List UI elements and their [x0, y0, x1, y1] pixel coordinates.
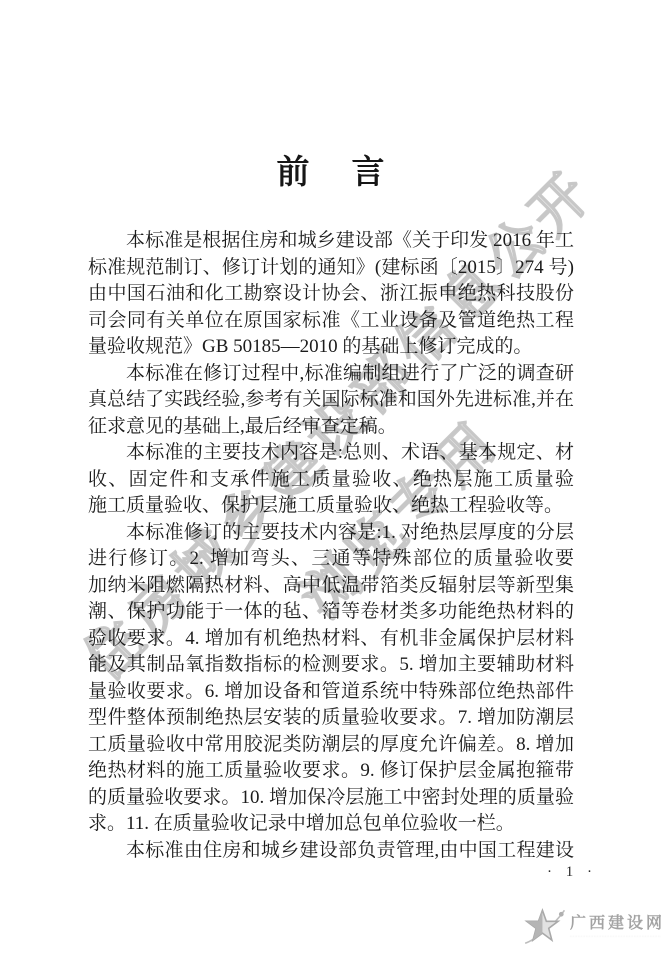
document-page: 住房城乡建设部信息公开 浏览专用 前言 本标准是根据住房和城乡建设部《关于印发 …	[0, 0, 661, 958]
text-line: 本标准是根据住房和城乡建设部《关于印发 2016 年工程建设	[88, 228, 574, 255]
text-line: 绝热材料的施工质量验收要求。9. 修订保护层金属抱箍带固定	[88, 758, 574, 785]
text-line: 进行修订。2. 增加弯头、三通等特殊部位的质量验收要求。3. 增	[88, 546, 574, 573]
text-line: 求。11. 在质量验收记录中增加总包单位验收一栏。	[88, 811, 574, 838]
text-line: 本标准的主要技术内容是:总则、术语、基本规定、材料质量验	[88, 440, 574, 467]
text-line: 标准规范制订、修订计划的通知》(建标函〔2015〕274 号)的要求,	[88, 255, 574, 282]
text-line: 本标准在修订过程中,标准编制组进行了广泛的调查研究,认	[88, 361, 574, 388]
text-line: 收、固定件和支承件施工质量验收、绝热层施工质量验收、防潮层	[88, 467, 574, 494]
text-line: 验收要求。4. 增加有机绝热材料、有机非金属保护层材料燃烧性	[88, 626, 574, 653]
text-line: 量验收规范》GB 50185—2010 的基础上修订完成的。	[88, 334, 574, 361]
logo-name: 广西建设网	[570, 915, 661, 933]
page-number: · 1 ·	[547, 864, 597, 881]
logo-tagline-illegible: ········································…	[570, 935, 661, 941]
site-logo: 广西建设网 ··································…	[522, 902, 654, 954]
text-line: 工质量验收中常用胶泥类防潮层的厚度允许偏差。8. 增加复合	[88, 732, 574, 759]
page-title: 前言	[0, 146, 661, 193]
text-line: 由中国石油和化工勘察设计协会、浙江振申绝热科技股份有限公	[88, 281, 574, 308]
text-line: 加纳米阻燃隔热材料、高中低温带箔类反辐射层等新型集绝热、防	[88, 573, 574, 600]
text-line: 潮、保护功能于一体的毡、箔等卷材类多功能绝热材料的施工质量	[88, 599, 574, 626]
text-line: 本标准修订的主要技术内容是:1. 对绝热层厚度的分层要求	[88, 520, 574, 547]
body-text: 本标准是根据住房和城乡建设部《关于印发 2016 年工程建设标准规范制订、修订计…	[88, 228, 574, 864]
text-line: 施工质量验收、保护层施工质量验收、绝热工程验收等。	[88, 493, 574, 520]
text-line: 本标准由住房和城乡建设部负责管理,由中国工程建设标准化	[88, 838, 574, 865]
text-line: 的质量验收要求。10. 增加保冷层施工中密封处理的质量验收要	[88, 785, 574, 812]
text-line: 量验收要求。6. 增加设备和管道系统中特殊部位绝热部件和异	[88, 679, 574, 706]
text-line: 能及其制品氧指数指标的检测要求。5. 增加主要辅助材料的质	[88, 652, 574, 679]
text-line: 真总结了实践经验,参考有关国际标准和国外先进标准,并在广泛	[88, 387, 574, 414]
text-line: 征求意见的基础上,最后经审查定稿。	[88, 414, 574, 441]
star-icon	[522, 904, 566, 953]
text-line: 型件整体预制绝热层安装的质量验收要求。7. 增加防潮层的施	[88, 705, 574, 732]
text-line: 司会同有关单位在原国家标准《工业设备及管道绝热工程施工质	[88, 308, 574, 335]
